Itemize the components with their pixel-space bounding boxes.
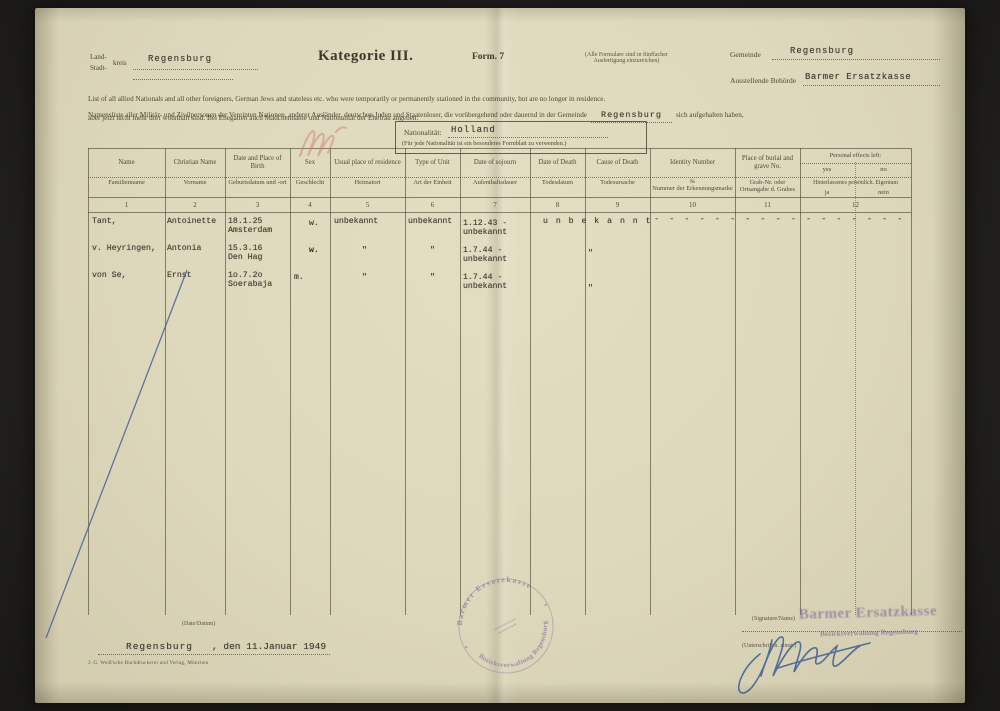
table-vline xyxy=(330,148,331,615)
col4-de: Geschlecht xyxy=(290,179,330,197)
col6-num: 6 xyxy=(405,199,460,211)
gemeinde-value: Regensburg xyxy=(790,46,854,56)
copies-note-line2: Ausfertigung einzureichen) xyxy=(585,58,668,64)
row2-death: " xyxy=(588,249,593,258)
col9-de: Todesursache xyxy=(585,179,650,197)
row1-birth-date: 18.1.25 xyxy=(228,217,262,226)
col8-en: Date of Death xyxy=(530,150,585,176)
kreis-label-top: Land- xyxy=(90,53,107,61)
row3-residence: " xyxy=(362,273,367,282)
col1-num: 1 xyxy=(88,199,165,211)
unterschrift-label: (Unterschrift u. sonst.) xyxy=(742,643,796,649)
row2-unit: " xyxy=(430,246,435,255)
col9-num: 9 xyxy=(585,199,650,211)
row1-name: Tant, xyxy=(92,217,117,226)
col4-en: Sex xyxy=(290,150,330,176)
row1-death: u n b e k a n n t xyxy=(543,217,652,226)
date-dotted-line xyxy=(98,654,330,655)
date-label: (Date/Datum) xyxy=(182,621,215,627)
row2-first-name: Antonia xyxy=(167,244,201,253)
col11-num: 11 xyxy=(735,199,800,211)
behoerde-dotted-line xyxy=(803,85,940,86)
row2-birth-place: Den Hag xyxy=(228,253,262,262)
row3-sojourn-to: unbekannt xyxy=(463,282,507,291)
table-yes-no-divider xyxy=(855,162,856,615)
col8-de: Todesdatum xyxy=(530,179,585,197)
col4-num: 4 xyxy=(290,199,330,211)
row2-birth-date: 15.3.16 xyxy=(228,244,262,253)
col2-num: 2 xyxy=(165,199,225,211)
kreis-dotted-line xyxy=(133,69,258,70)
gemeinde-label: Gemeinde xyxy=(730,50,761,59)
col8-num: 8 xyxy=(530,199,585,211)
row1-sojourn-from: 1.12.43 - xyxy=(463,219,507,228)
printer-imprint: J. G. Weiß'sche Buchdruckerei und Verlag… xyxy=(88,661,208,666)
table-vline xyxy=(911,148,912,615)
col10-de: Nummer der Erkennungsmarke xyxy=(652,185,733,192)
table-en-de-separator xyxy=(88,177,911,178)
intro-de-after: sich aufgehalten haben, xyxy=(676,111,744,119)
row3-sex: m. xyxy=(294,273,304,282)
kreis-suffix: kreis xyxy=(113,59,127,67)
row3-sojourn-from: 1.7.44 - xyxy=(463,273,502,282)
behoerde-value: Barmer Ersatzkasse xyxy=(805,72,911,82)
col7-en: Date of sojourn xyxy=(460,150,530,176)
col1-en: Name xyxy=(88,150,165,176)
copies-note: (Alle Formulare sind in fünffacher Ausfe… xyxy=(585,52,668,64)
gemeinde-dotted-line xyxy=(772,59,940,60)
signature-label: (Signature/Name) xyxy=(752,616,795,622)
col9-en: Cause of Death xyxy=(585,150,650,176)
col7-num: 7 xyxy=(460,199,530,211)
row2-sojourn-to: unbekannt xyxy=(463,255,507,264)
row3-name: von Se, xyxy=(92,271,126,280)
table-number-row-top-line xyxy=(88,197,911,198)
table-header-bottom-line xyxy=(88,212,911,213)
nationality-label: Nationalität: xyxy=(404,128,442,137)
col12-no: no xyxy=(856,164,911,176)
category-title: Kategorie III. xyxy=(318,48,413,65)
col12-yes: yes xyxy=(800,164,854,176)
row1-sojourn-to: unbekannt xyxy=(463,228,507,237)
col5-en: Usual place of residence xyxy=(330,150,405,176)
table-vline xyxy=(225,148,226,615)
intro-english: List of all allied Nationals and all oth… xyxy=(88,95,605,103)
photo-of-document: Land- Stadt- kreis Regensburg Kategorie … xyxy=(0,0,1000,711)
row2-sojourn-from: 1.7.44 - xyxy=(463,246,502,255)
behoerde-label: Ausstellende Behörde xyxy=(730,76,796,85)
col6-en: Type of Unit xyxy=(405,150,460,176)
row3-death: " xyxy=(588,284,593,293)
col10-de-wrap: № Nummer der Erkennungsmarke xyxy=(650,179,735,197)
col10-en: Identity Number xyxy=(650,150,735,176)
date-rest: , den 11.Januar 1949 xyxy=(212,641,326,652)
table-vline xyxy=(530,148,531,615)
kreis-value: Regensburg xyxy=(148,54,212,64)
table-vline xyxy=(460,148,461,615)
col5-num: 5 xyxy=(330,199,405,211)
row1-first-name: Antoinette xyxy=(167,217,216,226)
col6-de: Art der Einheit xyxy=(405,179,460,197)
col10-num: 10 xyxy=(650,199,735,211)
col12-ja: ja xyxy=(800,188,854,197)
table-vline xyxy=(88,148,89,615)
col3-num: 3 xyxy=(225,199,290,211)
col12-de: Hinterlassenes persönlich. Eigentum xyxy=(800,179,911,188)
col2-de: Vorname xyxy=(165,179,225,197)
date-place: Regensburg xyxy=(126,641,193,652)
intro-german-line2: aber jetzt nicht mehr dort wohnhaft sind… xyxy=(88,114,418,122)
nationality-value: Holland xyxy=(451,125,496,135)
row1-residence: unbekannt xyxy=(334,217,378,226)
col3-en: Date and Place of Birth xyxy=(225,150,290,176)
row1-identity-dashes: - - - - - - - - - - - - - - - - - - - - … xyxy=(654,214,910,225)
table-vline xyxy=(290,148,291,615)
form-paper: Land- Stadt- kreis Regensburg Kategorie … xyxy=(35,8,965,703)
row3-unit: " xyxy=(430,273,435,282)
table-top-line xyxy=(88,148,911,149)
nationality-note: (Für jede Nationalität ist ein besondere… xyxy=(402,140,566,147)
row2-residence: " xyxy=(362,246,367,255)
row1-birth-place: Amsterdam xyxy=(228,226,272,235)
col12-num: 12 xyxy=(800,199,911,211)
nationality-dotted-line xyxy=(448,137,608,138)
kreis-label-bottom: Stadt- xyxy=(90,64,107,72)
row3-birth-place: Soerabaja xyxy=(228,280,272,289)
col12-nein: nein xyxy=(856,188,911,197)
row1-sex: w. xyxy=(309,219,319,228)
row3-first-name: Ernst xyxy=(167,271,192,280)
col3-de: Geburtsdatum und -ort xyxy=(225,179,290,197)
col11-en: Place of burial and grave No. xyxy=(735,150,800,176)
intro-gemeinde-value: Regensburg xyxy=(601,110,662,120)
col11-de: Grab-Nr. oder Ortsangabe d. Grabes xyxy=(735,179,800,197)
table-vline xyxy=(165,148,166,615)
col5-de: Heimatort xyxy=(330,179,405,197)
row3-birth-date: 1o.7.2o xyxy=(228,271,262,280)
kreis-dotted-line-2 xyxy=(133,79,233,80)
row2-name: v. Heyringen, xyxy=(92,244,156,253)
row1-unit: unbekannt xyxy=(408,217,452,226)
row2-sex: w. xyxy=(309,246,319,255)
table-vline xyxy=(405,148,406,615)
col12-en: Personal effects left: xyxy=(800,150,911,161)
col1-de: Familienname xyxy=(88,179,165,197)
form-number: Form. 7 xyxy=(472,52,504,62)
col2-en: Christian Name xyxy=(165,150,225,176)
col7-de: Aufenthaltsdauer xyxy=(460,179,530,197)
